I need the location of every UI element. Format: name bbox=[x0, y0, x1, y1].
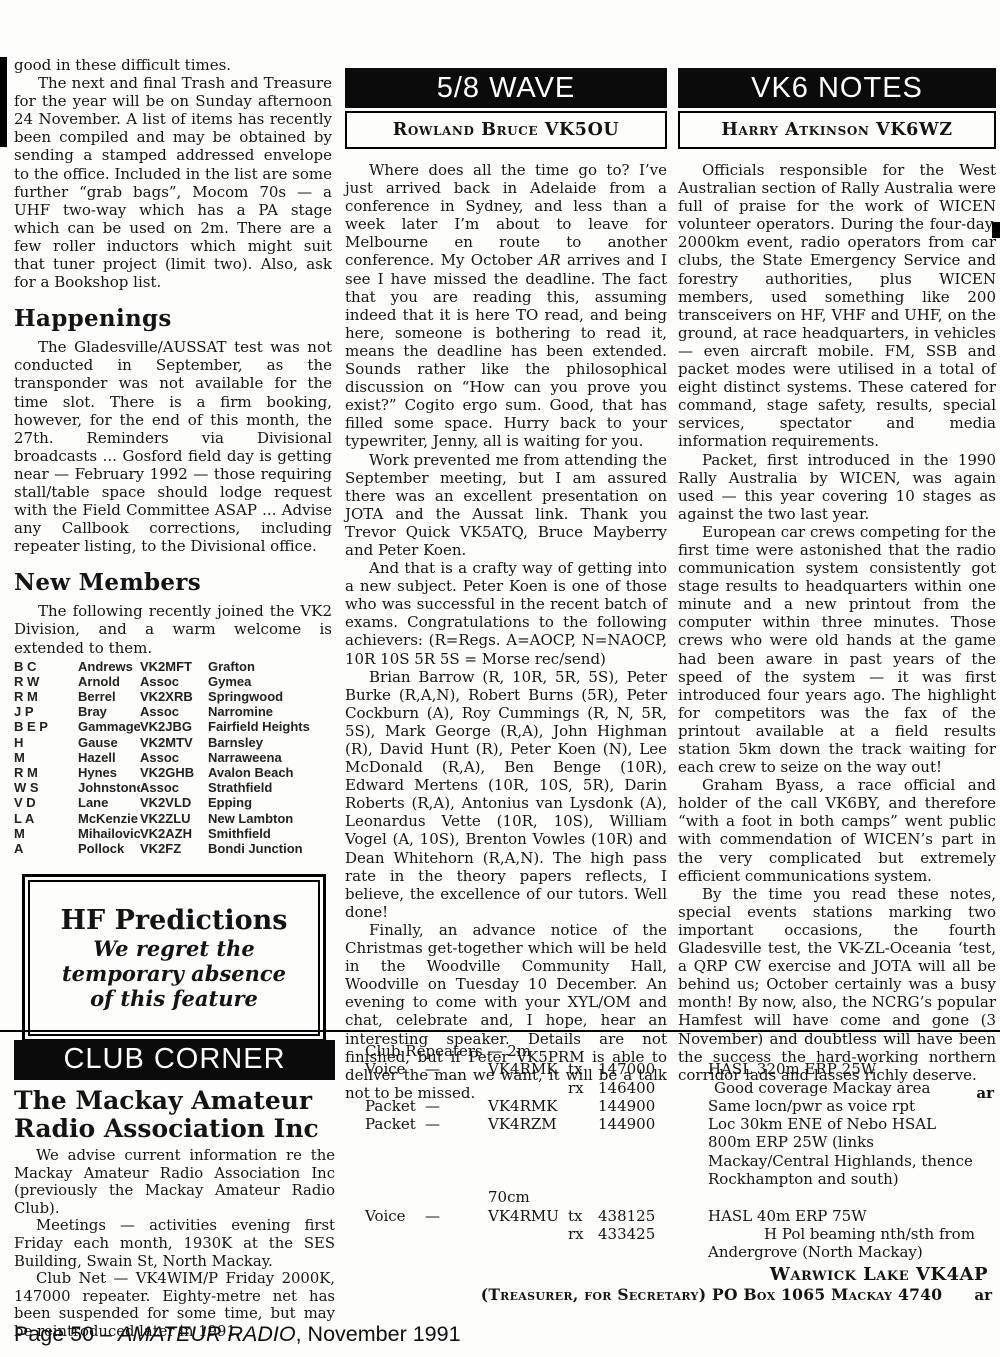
member-initials: B C bbox=[14, 659, 78, 674]
happenings-heading: Happenings bbox=[14, 305, 332, 333]
vk6-paragraph-3: European car crews competing for the fir… bbox=[678, 523, 996, 776]
member-row: R M Berrel VK2XRB Springwood bbox=[14, 689, 332, 704]
member-initials: H bbox=[14, 735, 78, 750]
member-surname: Arnold bbox=[78, 674, 140, 689]
member-row: A Pollock VK2FZ Bondi Junction bbox=[14, 841, 332, 856]
member-surname: McKenzie bbox=[78, 811, 140, 826]
repeater-txrx bbox=[568, 1170, 598, 1188]
footer-magazine-name: AMATEUR RADIO bbox=[118, 1322, 296, 1346]
member-town: Barnsley bbox=[208, 735, 332, 750]
repeater-frequency bbox=[598, 1152, 708, 1170]
repeater-note: Loc 30km ENE of Nebo HSAL bbox=[708, 1115, 996, 1133]
repeater-type bbox=[365, 1243, 425, 1261]
repeater-dash bbox=[425, 1225, 488, 1243]
warwick-lake-signature: Warwick Lake VK4AP bbox=[365, 1266, 996, 1284]
repeater-note: HASL 40m ERP 75W bbox=[708, 1207, 996, 1225]
member-town: Narraweena bbox=[208, 750, 332, 765]
hf-predictions-title: HF Predictions bbox=[61, 906, 288, 936]
footer-date: , November 1991 bbox=[296, 1322, 461, 1346]
page-footer: Page 50 – AMATEUR RADIO, November 1991 bbox=[14, 1322, 461, 1347]
repeater-frequency: 438125 bbox=[598, 1207, 708, 1225]
member-initials: R M bbox=[14, 765, 78, 780]
repeater-txrx: rx bbox=[568, 1225, 598, 1243]
member-callsign: VK2VLD bbox=[140, 795, 208, 810]
club-paragraph-2: Meetings — activities evening first Frid… bbox=[14, 1217, 335, 1270]
repeater-type bbox=[365, 1133, 425, 1151]
vk6-paragraph-2: Packet, first introduced in the 1990 Ral… bbox=[678, 451, 996, 523]
repeater-note: Same locn/pwr as voice rpt bbox=[708, 1097, 996, 1115]
repeaters-heading: Club Repeaters — 2m bbox=[365, 1042, 996, 1060]
repeater-callsign bbox=[488, 1079, 568, 1097]
member-initials: V D bbox=[14, 795, 78, 810]
member-surname: Johnstone bbox=[78, 780, 140, 795]
repeater-note: Rockhampton and south) bbox=[708, 1170, 996, 1188]
member-row: B C Andrews VK2MFT Grafton bbox=[14, 659, 332, 674]
repeater-rows: Voice — VK4RMK tx 147000 HASL 320m ERP 2… bbox=[365, 1060, 996, 1261]
vk6-byline: Harry Atkinson VK6WZ bbox=[678, 111, 996, 149]
repeater-row: Andergrove (North Mackay) bbox=[365, 1243, 996, 1261]
magazine-page: good in these difficult times. The next … bbox=[0, 0, 1000, 1357]
member-initials: B E P bbox=[14, 719, 78, 734]
member-callsign: VK2AZH bbox=[140, 826, 208, 841]
repeater-dash: — bbox=[425, 1207, 488, 1225]
repeater-frequency bbox=[598, 1243, 708, 1261]
member-row: J P Bray Assoc Narromine bbox=[14, 704, 332, 719]
member-row: M Mihailovic VK2AZH Smithfield bbox=[14, 826, 332, 841]
repeater-type: Packet bbox=[365, 1097, 425, 1115]
member-initials: A bbox=[14, 841, 78, 856]
repeater-txrx: rx bbox=[568, 1079, 598, 1097]
club-ar-signoff: ar bbox=[974, 1286, 992, 1304]
member-callsign: Assoc bbox=[140, 704, 208, 719]
wave-header-banner: 5/8 WAVE bbox=[345, 68, 667, 108]
member-callsign: VK2ZLU bbox=[140, 811, 208, 826]
repeater-type bbox=[365, 1079, 425, 1097]
repeater-frequency bbox=[598, 1133, 708, 1151]
vk6-header-banner: VK6 NOTES bbox=[678, 68, 996, 108]
member-callsign: Assoc bbox=[140, 750, 208, 765]
repeater-note: HASL 320m ERP 25W bbox=[708, 1060, 996, 1078]
repeater-type: Voice bbox=[365, 1060, 425, 1078]
member-callsign: VK2XRB bbox=[140, 689, 208, 704]
repeater-dash bbox=[425, 1188, 488, 1206]
repeater-txrx bbox=[568, 1152, 598, 1170]
repeater-txrx bbox=[568, 1188, 598, 1206]
wave-body: Where does all the time go to? I’ve just… bbox=[345, 161, 667, 1102]
repeater-callsign: 70cm bbox=[488, 1188, 568, 1206]
repeater-callsign bbox=[488, 1152, 568, 1170]
member-town: Narromine bbox=[208, 704, 332, 719]
repeater-type bbox=[365, 1188, 425, 1206]
column-5-8-wave: 5/8 WAVE Rowland Bruce VK5OU Where does … bbox=[345, 68, 667, 1102]
member-row: L A McKenzie VK2ZLU New Lambton bbox=[14, 811, 332, 826]
repeater-txrx bbox=[568, 1115, 598, 1133]
repeater-type bbox=[365, 1152, 425, 1170]
member-callsign: VK2JBG bbox=[140, 719, 208, 734]
trash-treasure-paragraph: The next and final Trash and Treasure fo… bbox=[14, 74, 332, 291]
member-initials: R W bbox=[14, 674, 78, 689]
wave-paragraph-2: Work prevented me from attending the Sep… bbox=[345, 451, 667, 560]
club-paragraph-1: We advise current information re the Mac… bbox=[14, 1147, 335, 1217]
member-surname: Hynes bbox=[78, 765, 140, 780]
repeater-type: Voice bbox=[365, 1207, 425, 1225]
member-callsign: VK2FZ bbox=[140, 841, 208, 856]
repeater-dash: — bbox=[425, 1097, 488, 1115]
treasurer-line: (Treasurer, for Secretary) PO Box 1065 M… bbox=[365, 1286, 996, 1304]
repeater-frequency: 433425 bbox=[598, 1225, 708, 1243]
repeater-row: Voice — VK4RMK tx 147000 HASL 320m ERP 2… bbox=[365, 1060, 996, 1078]
member-initials: M bbox=[14, 750, 78, 765]
member-town: Avalon Beach bbox=[208, 765, 332, 780]
member-row: R M Hynes VK2GHB Avalon Beach bbox=[14, 765, 332, 780]
member-callsign: VK2GHB bbox=[140, 765, 208, 780]
repeater-note bbox=[708, 1188, 996, 1206]
repeater-txrx: tx bbox=[568, 1207, 598, 1225]
repeater-frequency bbox=[598, 1170, 708, 1188]
repeater-callsign bbox=[488, 1170, 568, 1188]
member-callsign: Assoc bbox=[140, 780, 208, 795]
vk6-paragraph-1: Officials responsible for the West Austr… bbox=[678, 161, 996, 451]
hf-predictions-inner: HF Predictions We regret the temporary a… bbox=[28, 880, 320, 1036]
treasurer-text: (Treasurer, for Secretary) PO Box 1065 M… bbox=[481, 1286, 943, 1304]
new-members-heading: New Members bbox=[14, 569, 332, 597]
repeater-type bbox=[365, 1225, 425, 1243]
member-initials: L A bbox=[14, 811, 78, 826]
member-row: R W Arnold Assoc Gymea bbox=[14, 674, 332, 689]
vk6-body: Officials responsible for the West Austr… bbox=[678, 161, 996, 1102]
repeater-row: rx 146400 Good coverage Mackay area bbox=[365, 1079, 996, 1097]
member-initials: W S bbox=[14, 780, 78, 795]
repeater-frequency bbox=[598, 1188, 708, 1206]
member-surname: Hazell bbox=[78, 750, 140, 765]
repeater-callsign bbox=[488, 1243, 568, 1261]
repeater-callsign bbox=[488, 1225, 568, 1243]
repeater-dash bbox=[425, 1133, 488, 1151]
member-town: Springwood bbox=[208, 689, 332, 704]
member-row: V D Lane VK2VLD Epping bbox=[14, 795, 332, 810]
club-title: The Mackay Amateur Radio Association Inc bbox=[14, 1087, 335, 1143]
new-members-intro: The following recently joined the VK2 Di… bbox=[14, 602, 332, 656]
hf-predictions-message: We regret the temporary absence of this … bbox=[52, 936, 297, 1011]
repeater-dash: — bbox=[425, 1060, 488, 1078]
repeater-frequency: 147000 bbox=[598, 1060, 708, 1078]
wave-paragraph-3: And that is a crafty way of getting into… bbox=[345, 559, 667, 668]
repeater-row: rx 433425 H Pol beaming nth/sth from bbox=[365, 1225, 996, 1243]
repeater-dash: — bbox=[425, 1115, 488, 1133]
repeater-row: Voice — VK4RMU tx 438125 HASL 40m ERP 75… bbox=[365, 1207, 996, 1225]
column-vk6-notes: VK6 NOTES Harry Atkinson VK6WZ Officials… bbox=[678, 68, 996, 1102]
member-initials: J P bbox=[14, 704, 78, 719]
member-surname: Andrews bbox=[78, 659, 140, 674]
member-town: Gymea bbox=[208, 674, 332, 689]
member-row: W S Johnstone Assoc Strathfield bbox=[14, 780, 332, 795]
repeater-note: Andergrove (North Mackay) bbox=[708, 1243, 996, 1261]
hf-predictions-box: HF Predictions We regret the temporary a… bbox=[22, 874, 326, 1042]
member-row: H Gause VK2MTV Barnsley bbox=[14, 735, 332, 750]
member-surname: Pollock bbox=[78, 841, 140, 856]
repeater-dash bbox=[425, 1170, 488, 1188]
club-corner-banner: CLUB CORNER bbox=[14, 1040, 335, 1080]
repeater-callsign bbox=[488, 1133, 568, 1151]
member-town: Smithfield bbox=[208, 826, 332, 841]
repeater-row: Mackay/Central Highlands, thence bbox=[365, 1152, 996, 1170]
wave-paragraph-1: Where does all the time go to? I’ve just… bbox=[345, 161, 667, 451]
member-callsign: VK2MTV bbox=[140, 735, 208, 750]
repeater-row: Rockhampton and south) bbox=[365, 1170, 996, 1188]
happenings-paragraph: The Gladesville/AUSSAT test was not cond… bbox=[14, 338, 332, 555]
repeater-txrx bbox=[568, 1133, 598, 1151]
repeater-callsign: VK4RMK bbox=[488, 1060, 568, 1078]
member-surname: Berrel bbox=[78, 689, 140, 704]
repeater-callsign: VK4RMK bbox=[488, 1097, 568, 1115]
footer-page-label: Page 50 – bbox=[14, 1322, 118, 1346]
member-surname: Bray bbox=[78, 704, 140, 719]
repeater-row: Packet — VK4RMK 144900 Same locn/pwr as … bbox=[365, 1097, 996, 1115]
member-callsign: Assoc bbox=[140, 674, 208, 689]
repeater-frequency: 146400 bbox=[598, 1079, 708, 1097]
wave-byline: Rowland Bruce VK5OU bbox=[345, 111, 667, 149]
repeater-frequency: 144900 bbox=[598, 1115, 708, 1133]
members-table: B C Andrews VK2MFT Grafton R W Arnold As… bbox=[14, 659, 332, 857]
repeater-note: 800m ERP 25W (links bbox=[708, 1133, 996, 1151]
member-town: Epping bbox=[208, 795, 332, 810]
member-town: Grafton bbox=[208, 659, 332, 674]
member-town: Strathfield bbox=[208, 780, 332, 795]
repeater-row: Packet — VK4RZM 144900 Loc 30km ENE of N… bbox=[365, 1115, 996, 1133]
member-surname: Lane bbox=[78, 795, 140, 810]
club-corner-section: CLUB CORNER The Mackay Amateur Radio Ass… bbox=[14, 1040, 335, 1341]
repeater-frequency: 144900 bbox=[598, 1097, 708, 1115]
wave-p1-part-b: arrives and I see I have missed the dead… bbox=[345, 251, 667, 450]
scan-artifact bbox=[0, 57, 7, 147]
member-surname: Gammage bbox=[78, 719, 140, 734]
repeater-txrx bbox=[568, 1097, 598, 1115]
member-town: Fairfield Heights bbox=[208, 719, 332, 734]
member-surname: Mihailovic bbox=[78, 826, 140, 841]
member-town: New Lambton bbox=[208, 811, 332, 826]
repeater-type: Packet bbox=[365, 1115, 425, 1133]
repeater-note: H Pol beaming nth/sth from bbox=[708, 1225, 996, 1243]
repeater-dash bbox=[425, 1152, 488, 1170]
member-initials: M bbox=[14, 826, 78, 841]
repeater-callsign: VK4RMU bbox=[488, 1207, 568, 1225]
member-initials: R M bbox=[14, 689, 78, 704]
repeater-row: 800m ERP 25W (links bbox=[365, 1133, 996, 1151]
vk6-paragraph-4: Graham Byass, a race official and holder… bbox=[678, 776, 996, 885]
member-callsign: VK2MFT bbox=[140, 659, 208, 674]
section-divider-rule bbox=[0, 1030, 1000, 1032]
wave-ar-italic: AR bbox=[539, 251, 561, 269]
repeater-txrx bbox=[568, 1243, 598, 1261]
repeater-note: Good coverage Mackay area bbox=[708, 1079, 996, 1097]
member-town: Bondi Junction bbox=[208, 841, 332, 856]
continued-text: good in these difficult times. bbox=[14, 56, 332, 74]
repeater-callsign: VK4RZM bbox=[488, 1115, 568, 1133]
repeater-dash bbox=[425, 1079, 488, 1097]
repeater-txrx: tx bbox=[568, 1060, 598, 1078]
repeater-type bbox=[365, 1170, 425, 1188]
repeater-row: 70cm bbox=[365, 1188, 996, 1206]
left-column: good in these difficult times. The next … bbox=[14, 56, 332, 1042]
repeater-table-section: Club Repeaters — 2m Voice — VK4RMK tx 14… bbox=[365, 1042, 996, 1304]
member-row: B E P Gammage VK2JBG Fairfield Heights bbox=[14, 719, 332, 734]
wave-paragraph-4: Brian Barrow (R, 10R, 5R, 5S), Peter Bur… bbox=[345, 668, 667, 921]
member-row: M Hazell Assoc Narraweena bbox=[14, 750, 332, 765]
member-surname: Gause bbox=[78, 735, 140, 750]
repeater-note: Mackay/Central Highlands, thence bbox=[708, 1152, 996, 1170]
repeater-dash bbox=[425, 1243, 488, 1261]
